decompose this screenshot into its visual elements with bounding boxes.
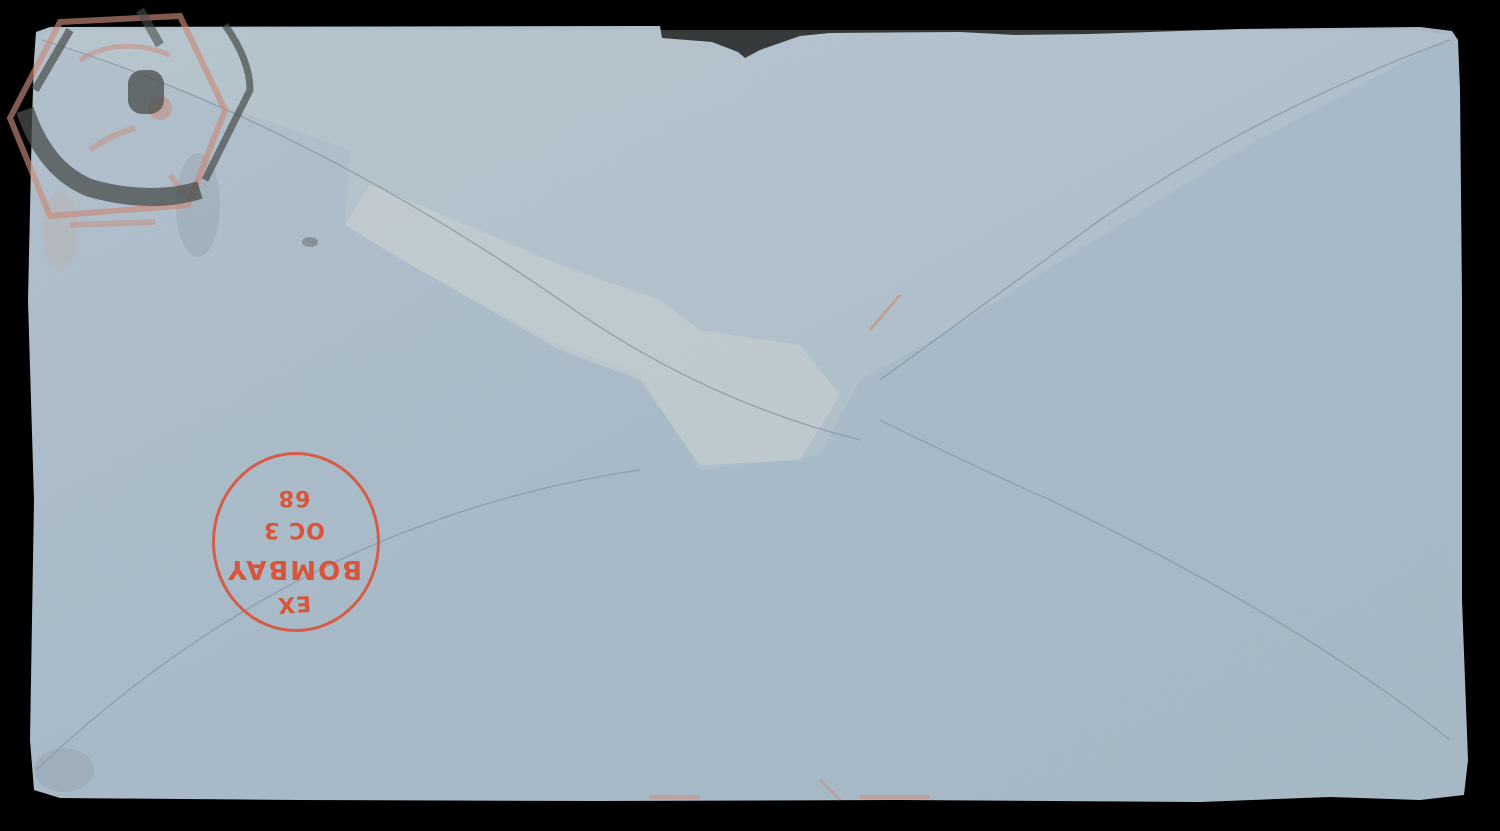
postmark-line-date: OC 3 [206, 517, 382, 542]
dark-hexagon-postmark [0, 0, 260, 210]
postmark-line-bombay: BOMBAY [206, 554, 382, 584]
postmark-line-year: 68 [206, 485, 382, 510]
envelope-back: EX BOMBAY OC 3 68 [0, 0, 1500, 831]
ex-bombay-postmark: EX BOMBAY OC 3 68 [206, 444, 382, 634]
